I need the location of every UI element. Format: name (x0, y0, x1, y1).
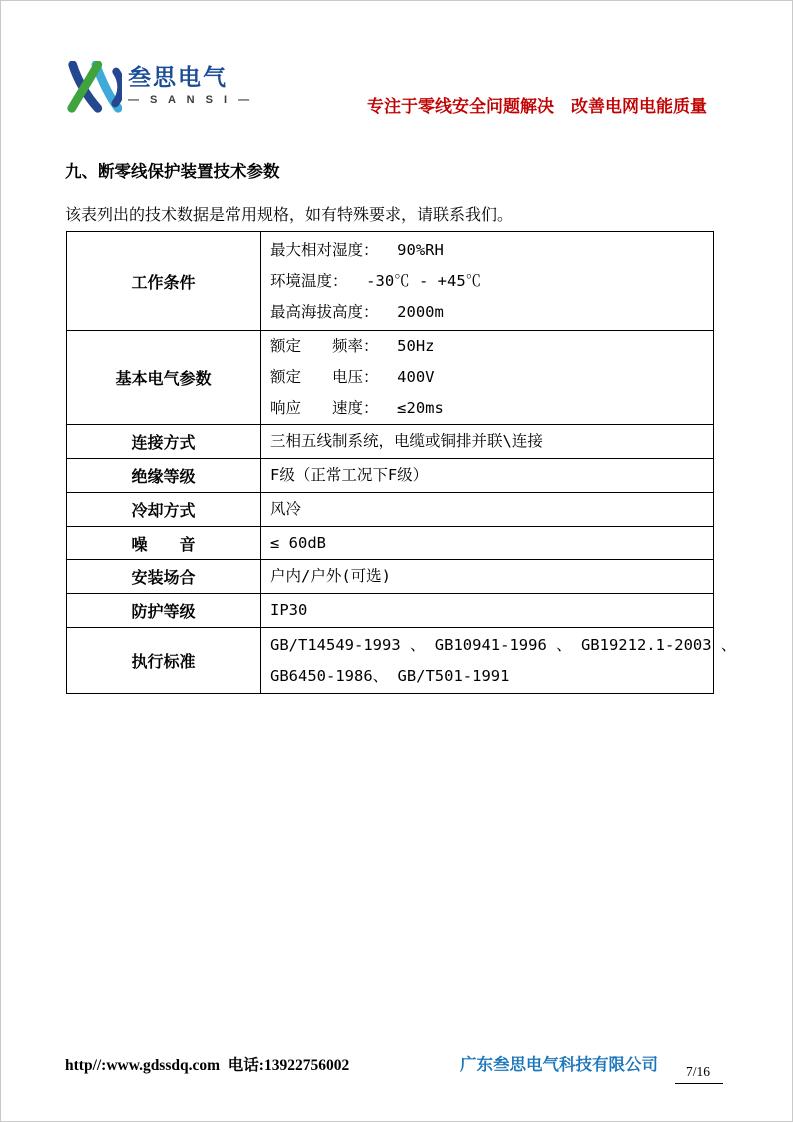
row-value-line: 三相五线制系统，电缆或铜排并联\连接 (270, 426, 713, 457)
row-value: 最大相对湿度： 90%RH 环境温度： -30℃ - +45℃ 最高海拔高度： … (261, 232, 714, 331)
table-row-connection: 连接方式 三相五线制系统，电缆或铜排并联\连接 (67, 425, 714, 459)
table-row-insulation: 绝缘等级 F级（正常工况下F级） (67, 459, 714, 493)
table-row-cooling: 冷却方式 风冷 (67, 493, 714, 527)
row-value-line: GB6450-1986、 GB/T501-1991 (270, 661, 713, 692)
logo-name: 叁思电气 (128, 64, 253, 90)
table-row-electrical-params: 基本电气参数 额定 频率： 50Hz 额定 电压： 400V 响应 速度： ≤2… (67, 331, 714, 425)
row-label: 防护等级 (67, 594, 261, 628)
table-row-standards: 执行标准 GB/T14549-1993 、 GB10941-1996 、 GB1… (67, 628, 714, 694)
footer-website-phone: http//:www.gdssdq.com 电话:13922756002 (65, 1053, 349, 1075)
table-row-protection: 防护等级 IP30 (67, 594, 714, 628)
row-value-line: 最大相对湿度： 90%RH (270, 235, 713, 266)
row-value: IP30 (261, 594, 714, 628)
row-value-line: 户内/户外(可选) (270, 561, 713, 592)
row-value: 额定 频率： 50Hz 额定 电压： 400V 响应 速度： ≤20ms (261, 331, 714, 425)
logo-subtitle: — S A N S I — (128, 94, 253, 106)
row-value: GB/T14549-1993 、 GB10941-1996 、 GB19212.… (261, 628, 714, 694)
spec-table: 工作条件 最大相对湿度： 90%RH 环境温度： -30℃ - +45℃ 最高海… (66, 231, 714, 694)
intro-text: 该表列出的技术数据是常用规格，如有特殊要求，请联系我们。 (65, 202, 513, 225)
row-value-line: 额定 频率： 50Hz (270, 331, 713, 362)
row-value: ≤ 60dB (261, 527, 714, 560)
row-value-line: GB/T14549-1993 、 GB10941-1996 、 GB19212.… (270, 630, 713, 661)
row-value: F级（正常工况下F级） (261, 459, 714, 493)
logo-text-block: 叁思电气 — S A N S I — (128, 64, 253, 106)
table-row-noise: 噪 音 ≤ 60dB (67, 527, 714, 560)
row-value: 三相五线制系统，电缆或铜排并联\连接 (261, 425, 714, 459)
header-slogan: 专注于零线安全问题解决 改善电网电能质量 (367, 92, 707, 117)
row-value-line: 响应 速度： ≤20ms (270, 393, 713, 424)
row-label: 工作条件 (67, 232, 261, 331)
row-value: 风冷 (261, 493, 714, 527)
row-value-line: 风冷 (270, 494, 713, 525)
row-value-line: F级（正常工况下F级） (270, 460, 713, 491)
footer-company: 广东叁思电气科技有限公司 (460, 1051, 658, 1075)
page-number: 7/16 (675, 1064, 723, 1084)
company-logo-icon (64, 61, 122, 113)
table-row-working-conditions: 工作条件 最大相对湿度： 90%RH 环境温度： -30℃ - +45℃ 最高海… (67, 232, 714, 331)
table-row-installation: 安装场合 户内/户外(可选) (67, 560, 714, 594)
row-label: 安装场合 (67, 560, 261, 594)
row-value-line: 额定 电压： 400V (270, 362, 713, 393)
row-label: 连接方式 (67, 425, 261, 459)
row-label: 基本电气参数 (67, 331, 261, 425)
row-value-line: 最高海拔高度： 2000m (270, 297, 713, 328)
row-value-line: 环境温度： -30℃ - +45℃ (270, 266, 713, 297)
row-value-line: IP30 (270, 595, 713, 626)
row-label: 绝缘等级 (67, 459, 261, 493)
row-label: 噪 音 (67, 527, 261, 560)
row-value-line: ≤ 60dB (270, 528, 713, 559)
section-title: 九、断零线保护装置技术参数 (65, 158, 280, 182)
row-label: 冷却方式 (67, 493, 261, 527)
row-value: 户内/户外(可选) (261, 560, 714, 594)
row-label: 执行标准 (67, 628, 261, 694)
document-page: 叁思电气 — S A N S I — 专注于零线安全问题解决 改善电网电能质量 … (0, 0, 793, 1122)
